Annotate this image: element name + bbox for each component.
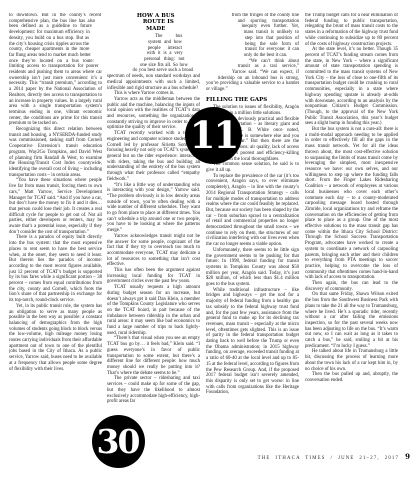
big-number-circle-30: 30 — [92, 415, 145, 468]
magazine-page: { "page": { "background_color": "#ffffff… — [0, 0, 420, 480]
article-paragraph: “It’s like a little way of understanding… — [107, 183, 200, 234]
article-paragraph: Recognizing this direct relation between… — [9, 127, 102, 178]
article-paragraph: Then the bus pulled up and, abruptly, th… — [305, 372, 398, 383]
article-paragraph: While traditional infrastructure – like … — [206, 288, 299, 396]
article-paragraph: But the bus system is not a cure-all: th… — [305, 127, 398, 281]
article-paragraph: Yet, in its public transit role, the sys… — [9, 304, 102, 372]
article-paragraph: to downtown. But in the county’s recent … — [9, 13, 102, 127]
page-footer: THE ITHACA TIMES / JUNE 21–27, 2017 9 — [258, 452, 410, 461]
article-column-1: to downtown. But in the county’s recent … — [9, 13, 102, 469]
article-paragraph: This has often been the argument against… — [107, 268, 200, 285]
article-column-3: from the fringes of the county line and … — [206, 13, 299, 469]
article-paragraph: “You have these situations where people … — [9, 178, 102, 235]
article-paragraph: On that same Friday, Shawn Wilson exited… — [305, 292, 398, 349]
article-paragraph: “There’s that visual when you see an emp… — [107, 336, 200, 376]
big-number-30-label: 30 — [97, 425, 141, 458]
publication-date-line: THE ITHACA TIMES / JUNE 21–27, 2017 — [258, 456, 400, 461]
article-paragraph: There is a paradox of equity built direc… — [9, 235, 102, 303]
article-paragraph: Then again, the bus can lead to the disc… — [305, 281, 398, 292]
article-column-4: the Trump budget calls for a near elimin… — [305, 13, 398, 469]
big-number-circle-11: 11 — [185, 107, 242, 164]
article-paragraph: At the state level, it’s no better. Thou… — [305, 47, 398, 127]
article-paragraph: The private sector – ridesharing and tax… — [107, 376, 200, 405]
article-paragraph: Yarrow acknowledges transit might not be… — [107, 234, 200, 268]
article-paragraph: The common sense solution, he said is to… — [206, 162, 299, 173]
page-number: 9 — [405, 452, 410, 461]
article-paragraph: from the fringes of the county line and … — [206, 13, 299, 59]
article-paragraph: the Trump budget calls for a near elimin… — [305, 13, 398, 47]
article-paragraph: He talked about life in Trumansburg a li… — [305, 349, 398, 372]
section-heading: FILLING THE GAPS — [206, 97, 299, 103]
article-paragraph: To replace the prevalence of the car (it… — [206, 174, 299, 248]
article-paragraph: Unfortunately, there seems to be little … — [206, 248, 299, 288]
article-column-2: HOW A BUS ROUTE IS MADEThe bus system an… — [107, 13, 200, 469]
article-paragraph: “We can’t think about transit as a taxi … — [206, 59, 299, 93]
big-number-11-label: 11 — [190, 117, 238, 154]
article-paragraph: TCAT usually requests a high amount duri… — [107, 285, 200, 336]
article-paragraph: The bus system and how people interact w… — [107, 34, 200, 91]
section-heading: HOW A BUS ROUTE IS MADE — [107, 13, 200, 32]
